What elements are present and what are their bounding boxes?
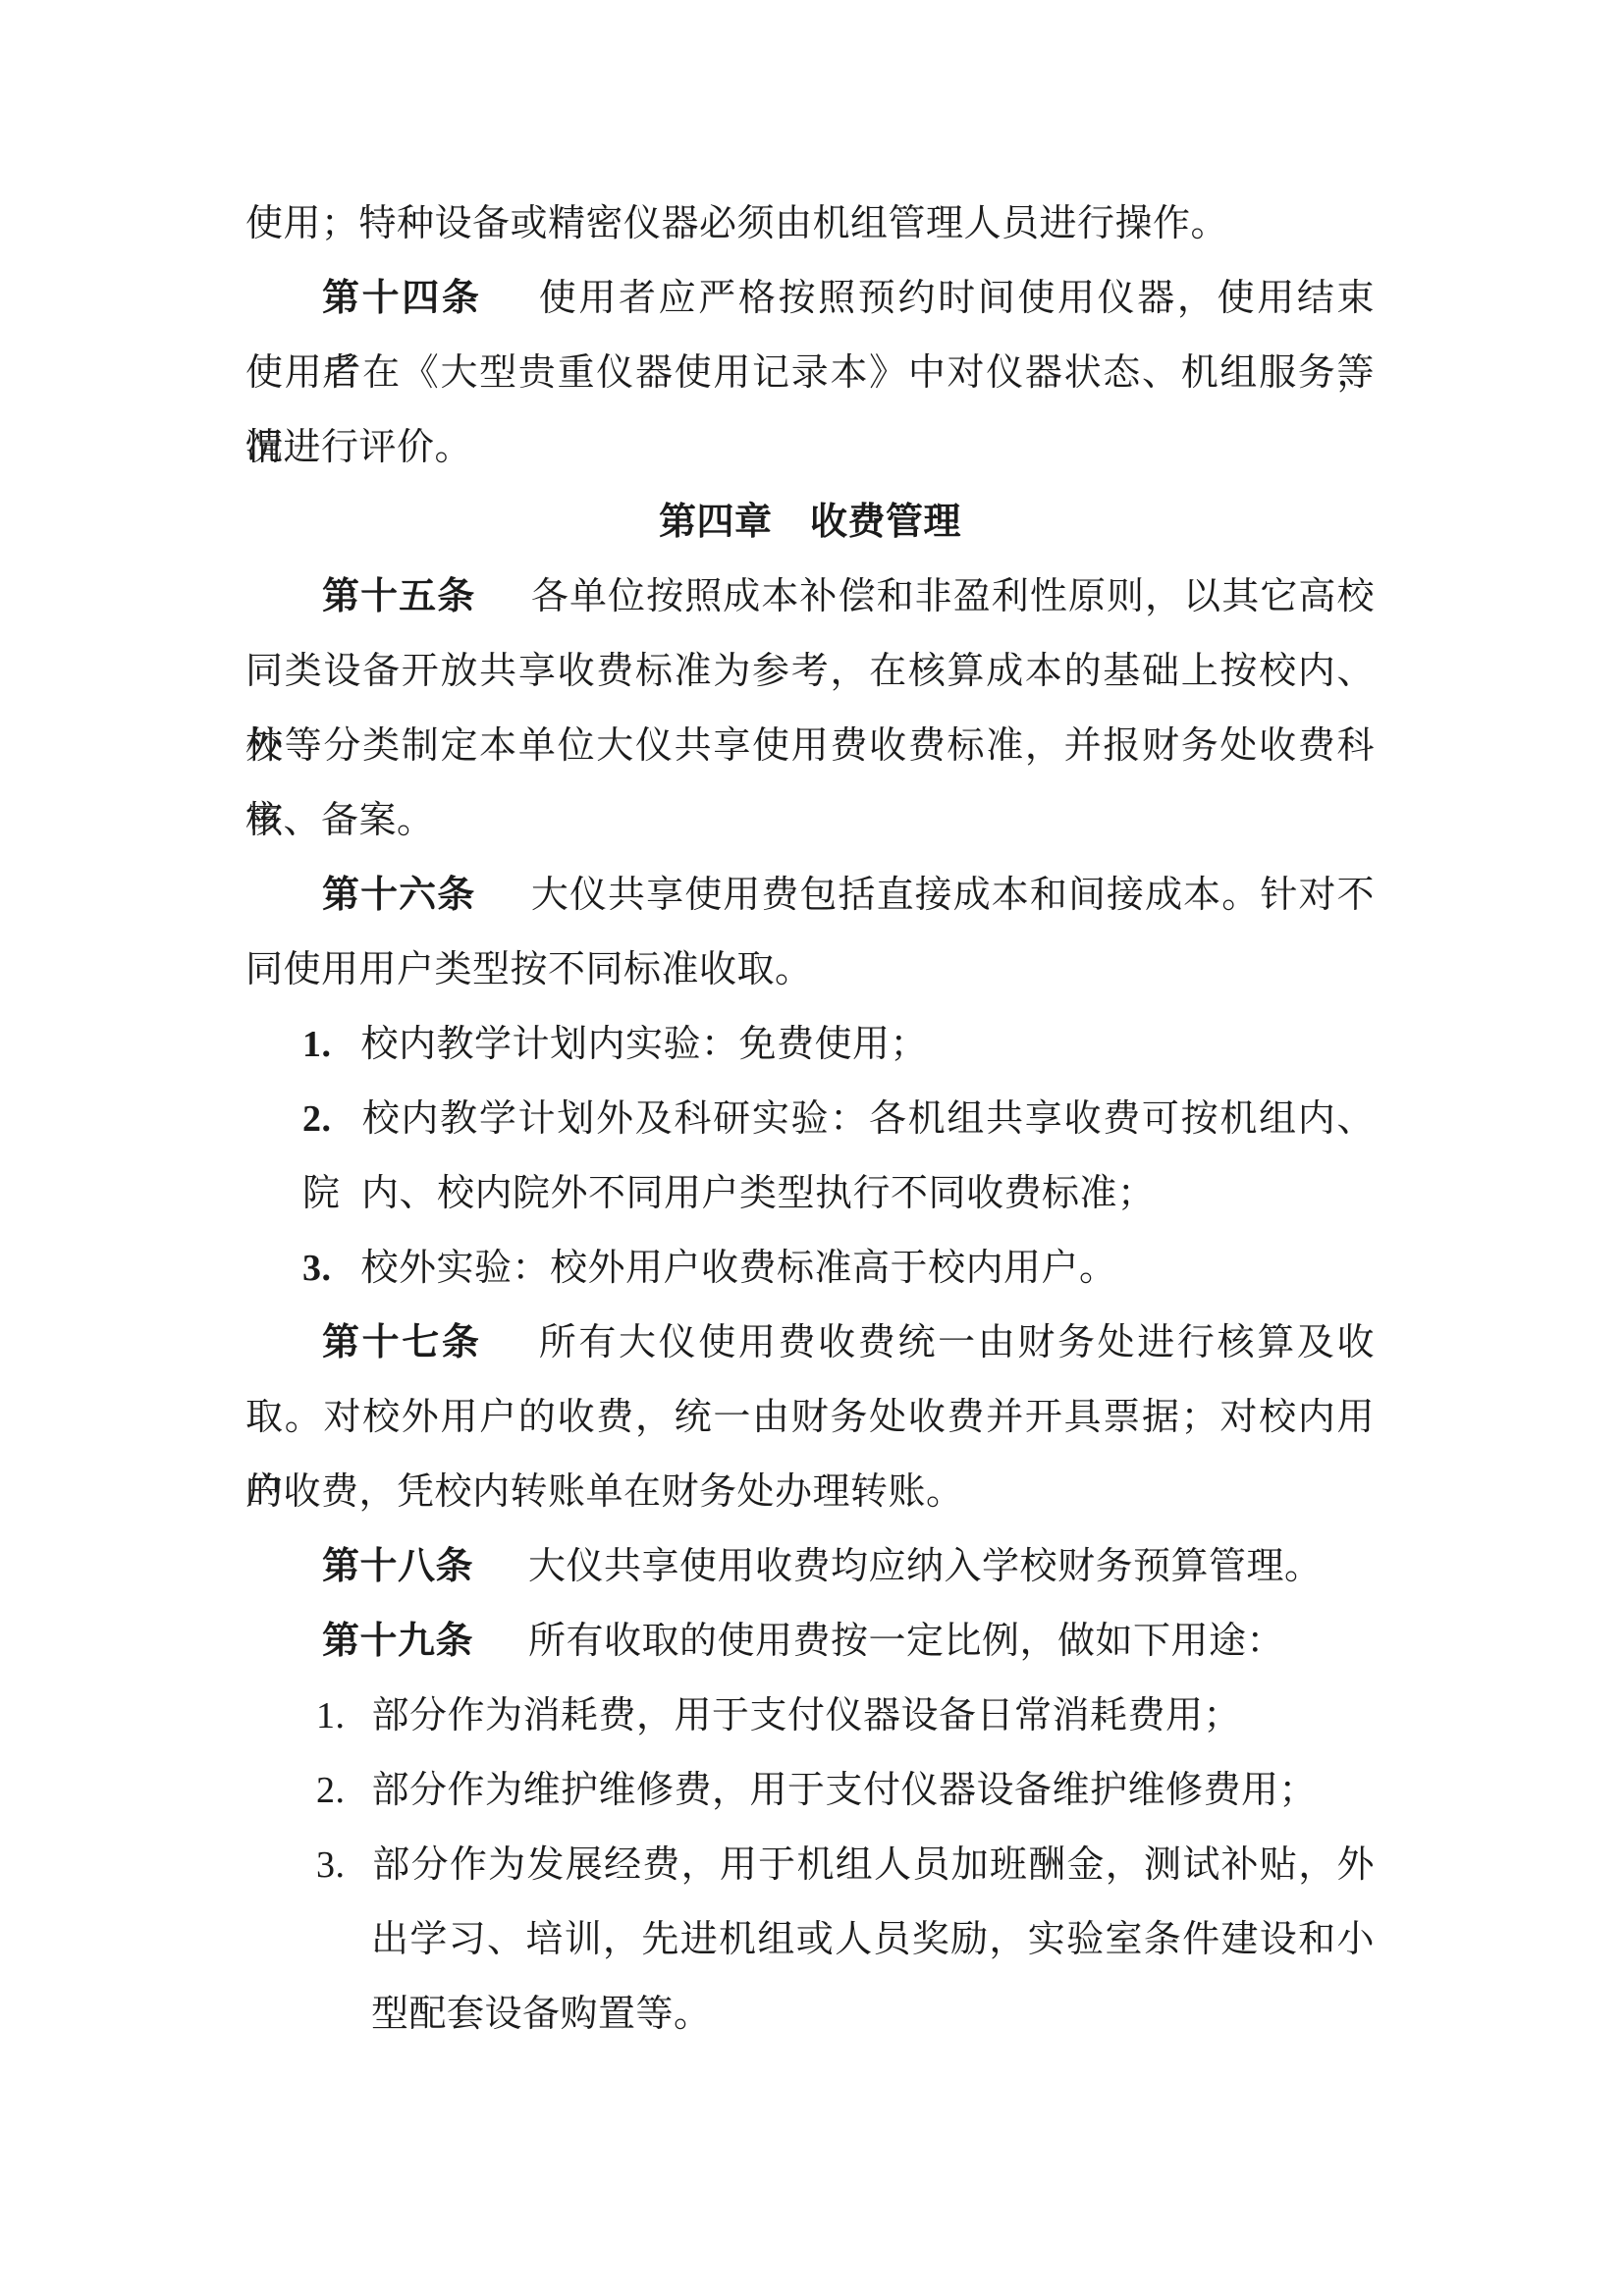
clause-18-text: 大仪共享使用收费均应纳入学校财务预算管理。: [528, 1546, 1323, 1587]
clause-15-text: 各单位按照成本补偿和非盈利性原则，以其它高校: [530, 576, 1375, 617]
usage-item-2-number: 2.: [316, 1770, 346, 1811]
clause-16-number: 第十六条: [322, 875, 475, 916]
clause-15-number: 第十五条: [322, 576, 475, 617]
usage-item-3-number: 3.: [316, 1844, 346, 1886]
body-line: 同类设备开放共享收费标准为参考，在核算成本的基础上按校内、校: [245, 634, 1375, 709]
usage-item-3-text: 部分作为发展经费，用于机组人员加班酬金，测试补贴，外: [372, 1844, 1376, 1886]
clause-17-line: 第十七条所有大仪使用费收费统一由财务处进行核算及收: [245, 1306, 1375, 1380]
clause-18-line: 第十八条大仪共享使用收费均应纳入学校财务预算管理。: [245, 1529, 1375, 1604]
clause-14-number: 第十四条: [322, 278, 482, 319]
list-item-2: 2.校内教学计划外及科研实验：各机组共享收费可按机组内、院: [245, 1082, 1375, 1156]
clause-16-text: 大仪共享使用费包括直接成本和间接成本。针对不: [530, 875, 1375, 916]
body-line: 同使用用户类型按不同标准收取。: [245, 933, 1375, 1007]
usage-item-3-continuation: 型配套设备购置等。: [245, 1977, 1375, 2052]
chapter-4-heading: 第四章 收费管理: [245, 485, 1375, 560]
body-line: 的收费，凭校内转账单在财务处办理转账。: [245, 1455, 1375, 1529]
list-item-3-number: 3.: [302, 1248, 332, 1289]
list-item-1-text: 校内教学计划内实验：免费使用；: [361, 1024, 929, 1065]
list-item-2-number: 2.: [302, 1098, 332, 1140]
list-item-1: 1.校内教学计划内实验：免费使用；: [245, 1007, 1375, 1082]
clause-17-text: 所有大仪使用费收费统一由财务处进行核算及收: [537, 1322, 1375, 1363]
usage-item-3-continuation: 出学习、培训，先进机组或人员奖励，实验室条件建设和小: [245, 1902, 1375, 1977]
body-line: 况进行评价。: [245, 410, 1375, 485]
body-line: 外等分类制定本单位大仪共享使用费收费标准，并报财务处收费科审: [245, 709, 1375, 783]
list-item-2-continuation: 内、校内院外不同用户类型执行不同收费标准；: [245, 1156, 1375, 1231]
clause-19-line: 第十九条所有收取的使用费按一定比例，做如下用途：: [245, 1604, 1375, 1679]
clause-14-line: 第十四条使用者应严格按照预约时间使用仪器，使用结束后，: [245, 261, 1375, 336]
body-line: 使用；特种设备或精密仪器必须由机组管理人员进行操作。: [245, 187, 1375, 261]
usage-item-2-text: 部分作为维护维修费，用于支付仪器设备维护维修费用；: [372, 1770, 1318, 1811]
document-page: 使用；特种设备或精密仪器必须由机组管理人员进行操作。 第十四条使用者应严格按照预…: [0, 0, 1624, 2296]
clause-19-number: 第十九条: [322, 1621, 473, 1662]
usage-item-1-number: 1.: [316, 1695, 346, 1736]
clause-15-line: 第十五条各单位按照成本补偿和非盈利性原则，以其它高校: [245, 560, 1375, 634]
clause-16-line: 第十六条大仪共享使用费包括直接成本和间接成本。针对不: [245, 858, 1375, 933]
usage-item-2: 2.部分作为维护维修费，用于支付仪器设备维护维修费用；: [245, 1753, 1375, 1828]
document-text: 使用；特种设备或精密仪器必须由机组管理人员进行操作。 第十四条使用者应严格按照预…: [245, 187, 1375, 2052]
list-item-3: 3.校外实验：校外用户收费标准高于校内用户。: [245, 1231, 1375, 1306]
list-item-3-text: 校外实验：校外用户收费标准高于校内用户。: [361, 1248, 1117, 1289]
clause-19-text: 所有收取的使用费按一定比例，做如下用途：: [528, 1621, 1284, 1662]
body-line: 取。对校外用户的收费，统一由财务处收费并开具票据；对校内用户: [245, 1380, 1375, 1455]
body-line: 使用者在《大型贵重仪器使用记录本》中对仪器状态、机组服务等情: [245, 336, 1375, 410]
usage-item-1-text: 部分作为消耗费，用于支付仪器设备日常消耗费用；: [372, 1695, 1242, 1736]
usage-item-1: 1.部分作为消耗费，用于支付仪器设备日常消耗费用；: [245, 1679, 1375, 1753]
clause-18-number: 第十八条: [322, 1546, 473, 1587]
list-item-1-number: 1.: [302, 1024, 332, 1065]
clause-17-number: 第十七条: [322, 1322, 482, 1363]
body-line: 核、备案。: [245, 783, 1375, 858]
usage-item-3: 3.部分作为发展经费，用于机组人员加班酬金，测试补贴，外: [245, 1828, 1375, 1902]
